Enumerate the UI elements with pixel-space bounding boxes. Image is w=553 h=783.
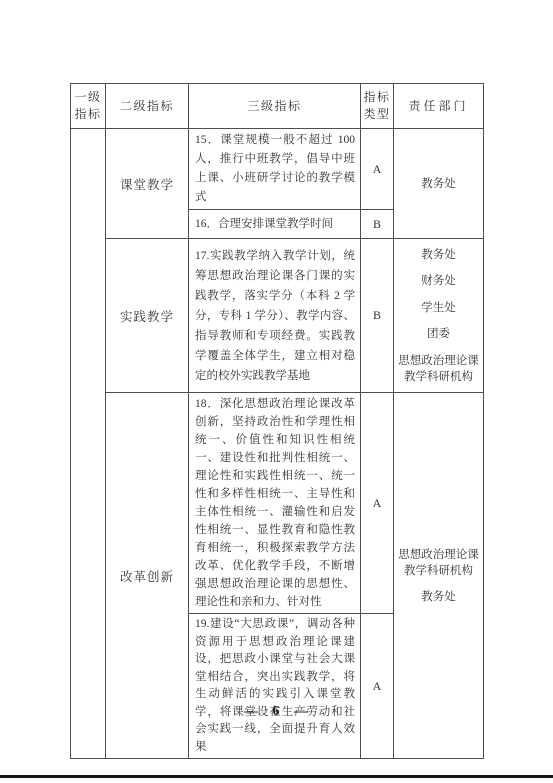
header-level1-indicator: 一级指标 (71, 84, 106, 129)
cell-item-19-type: A (361, 614, 394, 759)
cell-dept-classroom-teaching: 教务处 (394, 129, 484, 239)
header-responsible-department: 责任部门 (394, 84, 484, 129)
cell-item-17-text: 17.实践教学纳入教学计划，统筹思想政治理论课各门课的实践教学，落实学分（本科 … (189, 239, 361, 393)
cell-item-15-type: A (361, 129, 394, 210)
table-row-item-18: 改革创新 18．深化思想政治理论课改革创新，坚持政治性和学理性相统一、价值性和知… (71, 393, 484, 614)
cell-item-19-text: 19.建设“大思政课”，调动各种资源用于思想政治理论课建设，把思政小课堂与社会大… (189, 614, 361, 759)
document-page: 一级指标 二级指标 三级指标 指标类型 责任部门 课堂教学 15．课堂规模一般不… (0, 0, 553, 783)
cell-dept-practical-teaching: 教务处 财务处 学生处 团委 思想政治理论课教学科研机构 (394, 239, 484, 393)
department-list: 教务处 财务处 学生处 团委 思想政治理论课教学科研机构 (397, 243, 480, 389)
department-item: 思想政治理论课教学科研机构 (397, 353, 480, 385)
header-level3-indicator: 三级指标 (189, 84, 361, 129)
department-list: 思想政治理论课教学科研机构 教务处 (397, 547, 480, 605)
page-number: — 6 — (0, 704, 553, 720)
header-level2-indicator: 二级指标 (106, 84, 189, 129)
cell-secondary-practical-teaching: 实践教学 (106, 239, 189, 393)
cell-item-16-type: B (361, 210, 394, 239)
department-item: 思想政治理论课教学科研机构 (397, 547, 480, 579)
header-indicator-type: 指标类型 (361, 84, 394, 129)
department-item: 团委 (397, 326, 480, 342)
department-item: 财务处 (397, 273, 480, 289)
cell-item-18-type: A (361, 393, 394, 614)
cell-secondary-classroom-teaching: 课堂教学 (106, 129, 189, 239)
indicator-table: 一级指标 二级指标 三级指标 指标类型 责任部门 课堂教学 15．课堂规模一般不… (70, 83, 484, 759)
department-item: 教务处 (397, 589, 480, 605)
department-item: 教务处 (397, 247, 480, 263)
table-row-item-17: 实践教学 17.实践教学纳入教学计划，统筹思想政治理论课各门课的实践教学，落实学… (71, 239, 484, 393)
cell-item-15-text: 15．课堂规模一般不超过 100 人，推行中班教学，倡导中班上课、小班研学讨论的… (189, 129, 361, 210)
table-header-row: 一级指标 二级指标 三级指标 指标类型 责任部门 (71, 84, 484, 129)
bottom-edge-line (0, 775, 553, 778)
cell-item-18-text: 18．深化思想政治理论课改革创新，坚持政治性和学理性相统一、价值性和知识性相统一… (189, 393, 361, 614)
cell-item-17-type: B (361, 239, 394, 393)
cell-level1-empty (71, 129, 106, 759)
department-item: 学生处 (397, 300, 480, 316)
cell-item-16-text: 16．合理安排课堂教学时间 (189, 210, 361, 239)
table-row-item-15: 课堂教学 15．课堂规模一般不超过 100 人，推行中班教学，倡导中班上课、小班… (71, 129, 484, 210)
